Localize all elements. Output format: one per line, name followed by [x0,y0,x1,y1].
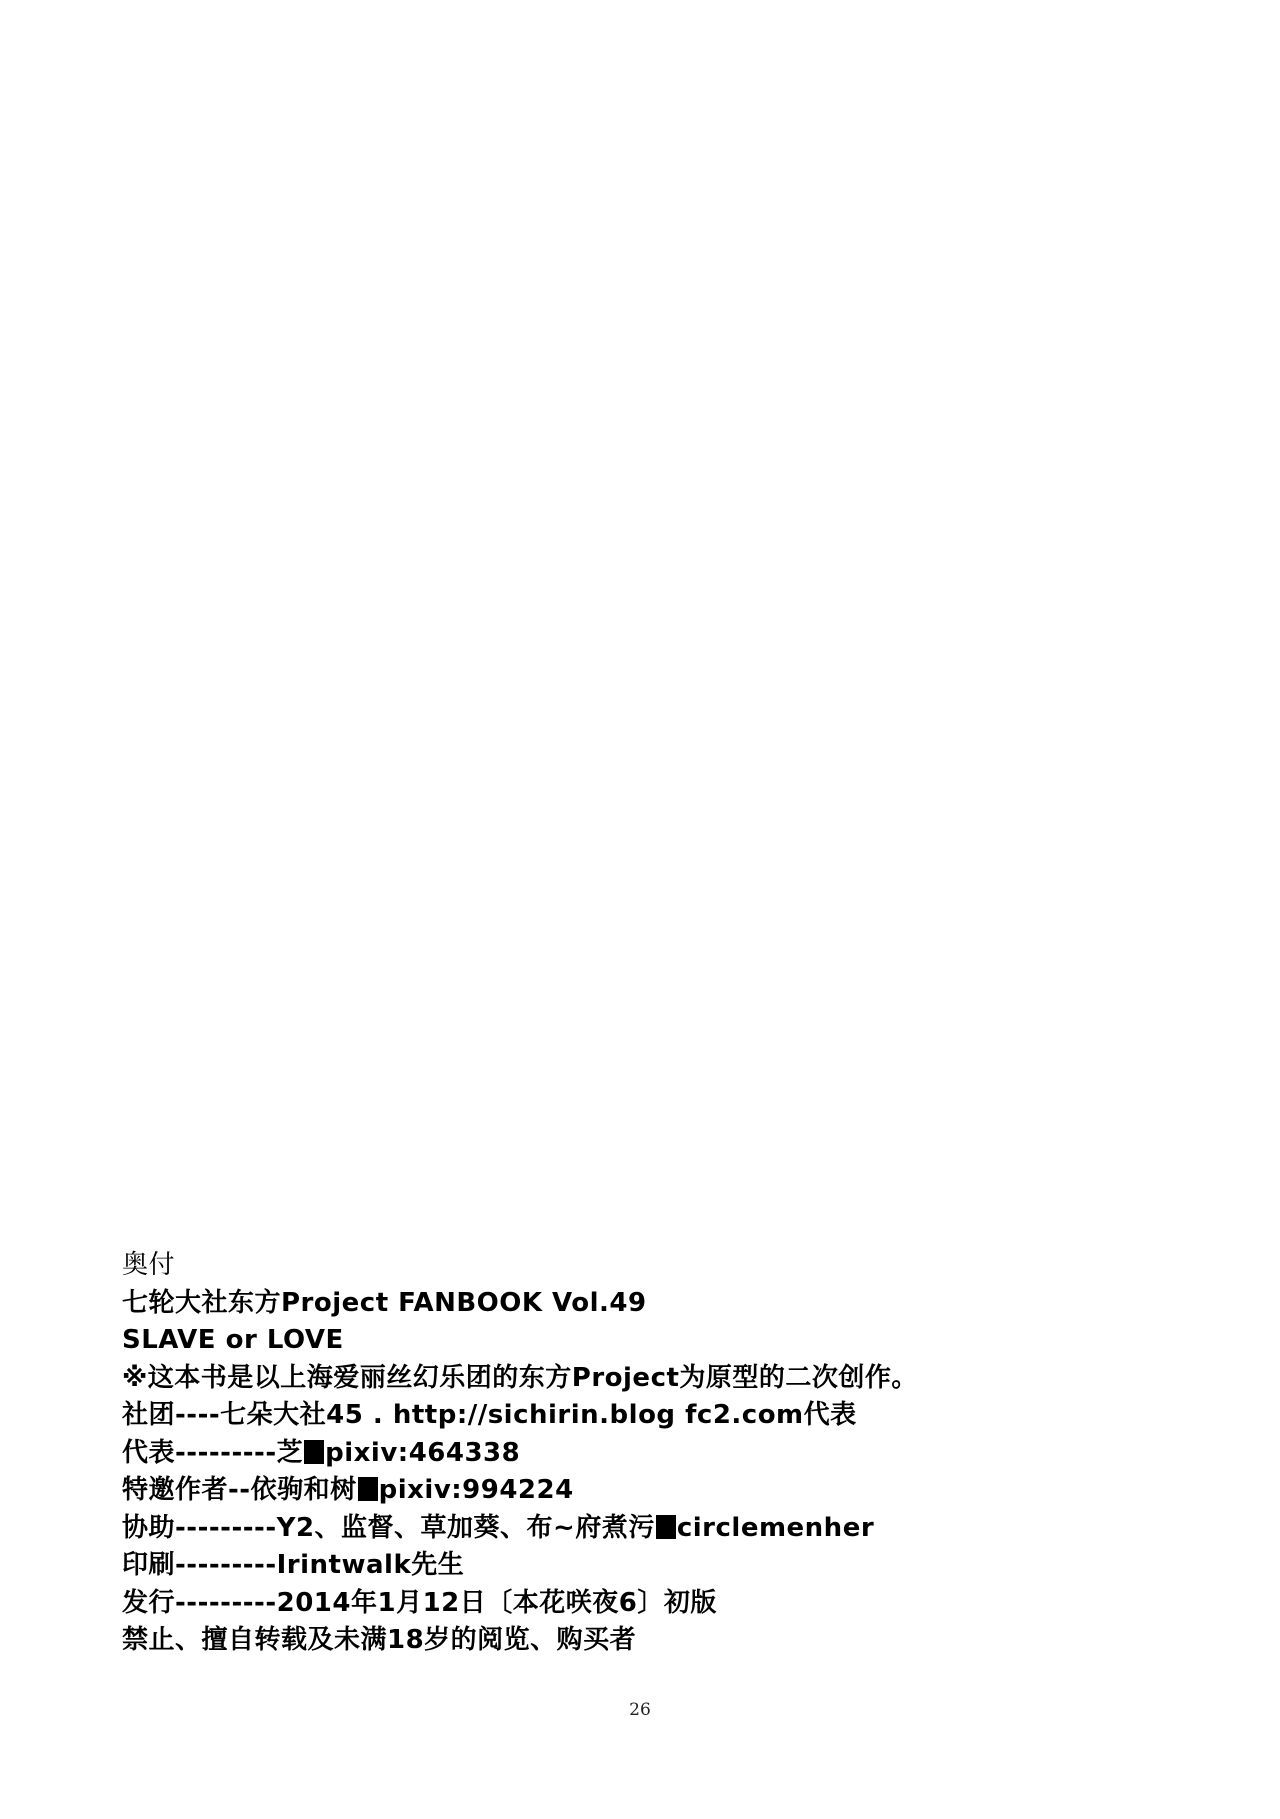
colophon-block: 奥付 七轮大社东方Project FANBOOK Vol.49 SLAVE or… [122,1247,1222,1660]
circle-value: 七朵大社45 . http://sichirin.blog fc2.com代表 [220,1400,856,1430]
representative-label: 代表--------- [122,1438,277,1468]
circle-line: 社团----七朵大社45 . http://sichirin.blog fc2.… [122,1397,1222,1435]
colophon-heading: 奥付 [122,1247,1222,1285]
document-page: 奥付 七轮大社东方Project FANBOOK Vol.49 SLAVE or… [0,0,1280,1819]
guest-author-pixiv: pixiv:994224 [379,1475,574,1505]
redaction-block [304,1440,324,1464]
printing-value: Irintwalk先生 [277,1550,465,1580]
assistance-label: 协助--------- [122,1513,277,1543]
publication-label: 发行--------- [122,1588,277,1618]
publication-line: 发行---------2014年1月12日〔本花咲夜6〕初版 [122,1585,1222,1623]
guest-author-name: 依驹和树 [251,1475,357,1505]
circle-label: 社团---- [122,1400,220,1430]
assistance-line: 协助---------Y2、监督、草加葵、布~府煮污circlemenher [122,1510,1222,1548]
assistance-value: Y2、监督、草加葵、布~府煮污 [277,1513,655,1543]
derivative-work-note: ※这本书是以上海爱丽丝幻乐团的东方Project为原型的二次创作。 [122,1360,1222,1398]
assistance-extra: circlemenher [677,1513,874,1543]
book-subtitle: SLAVE or LOVE [122,1322,1222,1360]
representative-line: 代表---------芝pixiv:464338 [122,1435,1222,1473]
guest-author-line: 特邀作者--依驹和树pixiv:994224 [122,1472,1222,1510]
printing-label: 印刷--------- [122,1550,277,1580]
book-title: 七轮大社东方Project FANBOOK Vol.49 [122,1285,1222,1323]
redaction-block [358,1477,378,1501]
guest-author-label: 特邀作者-- [122,1475,251,1505]
page-number: 26 [0,1700,1280,1720]
age-restriction-warning: 禁止、擅自转载及未满18岁的阅览、购买者 [122,1622,1222,1660]
publication-value: 2014年1月12日〔本花咲夜6〕初版 [277,1588,717,1618]
representative-name: 芝 [277,1438,304,1468]
printing-line: 印刷---------Irintwalk先生 [122,1547,1222,1585]
representative-pixiv: pixiv:464338 [325,1438,520,1468]
redaction-block [656,1515,676,1539]
